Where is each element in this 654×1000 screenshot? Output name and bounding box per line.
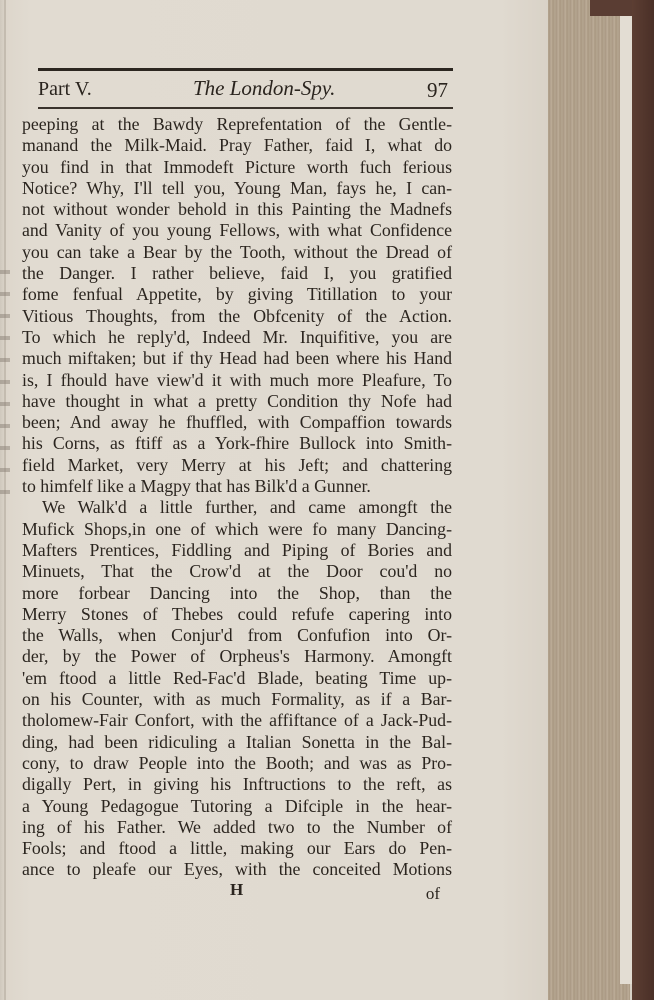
text-line: ding, had been ridiculing a Italian Sone…: [22, 732, 452, 753]
paragraph-start-line: We Walk'd a little further, and came amo…: [22, 497, 452, 518]
text-line: more forbear Dancing into the Shop, than…: [22, 583, 452, 604]
text-line: Mufick Shops,in one of which were fo man…: [22, 519, 452, 540]
part-label: Part V.: [38, 78, 92, 101]
text-line: field Market, very Merry at his Jeft; an…: [22, 455, 452, 476]
text-line: the Walls, when Conjur'd from Confufion …: [22, 625, 452, 646]
text-line: Fools; and ftood a little, making our Ea…: [22, 838, 452, 859]
text-line: been; And away he fhuffled, with Compaff…: [22, 412, 452, 433]
header-rule-bottom: [38, 107, 453, 109]
text-line: digally Pert, in giving his Inftructions…: [22, 774, 452, 795]
page-edges: [548, 0, 630, 1000]
catchword: of: [426, 884, 440, 904]
text-line: Merry Stones of Thebes could refufe cape…: [22, 604, 452, 625]
page-footer: H of: [22, 880, 452, 906]
text-line: is, I fhould have view'd it with much mo…: [22, 370, 452, 391]
book-page: Part V. The London-Spy. 97 peeping at th…: [0, 0, 548, 1000]
text-line: peeping at the Bawdy Reprefentation of t…: [22, 114, 452, 135]
text-line: you find in that Immodeft Picture worth …: [22, 157, 452, 178]
book-cover: [632, 0, 654, 1000]
text-line: not without wonder behold in this Painti…: [22, 199, 452, 220]
text-line: manand the Milk-Maid. Pray Father, faid …: [22, 135, 452, 156]
text-line: To which he reply'd, Indeed Mr. Inquifit…: [22, 327, 452, 348]
text-line: der, by the Power of Orpheus's Harmony. …: [22, 646, 452, 667]
text-line: a Young Pedagogue Tutoring a Difciple in…: [22, 796, 452, 817]
body-text: peeping at the Bawdy Reprefentation of t…: [22, 114, 452, 881]
text-line: 'em ftood a little Red-Fac'd Blade, beat…: [22, 668, 452, 689]
signature-mark: H: [230, 880, 243, 900]
running-header: Part V. The London-Spy. 97: [38, 68, 458, 108]
text-line: you can take a Bear by the Tooth, withou…: [22, 242, 452, 263]
text-line: much miftaken; but if thy Head had been …: [22, 348, 452, 369]
page-number: 97: [427, 78, 448, 103]
text-line: and Vanity of you young Fellows, with wh…: [22, 220, 452, 241]
text-line: Notice? Why, I'll tell you, Young Man, f…: [22, 178, 452, 199]
text-line: cony, to draw People into the Booth; and…: [22, 753, 452, 774]
text-line: Minuets, That the Crow'd at the Door cou…: [22, 561, 452, 582]
text-line: ing of his Father. We added two to the N…: [22, 817, 452, 838]
text-line: on his Counter, with as much Formality, …: [22, 689, 452, 710]
text-line: tholomew-Fair Confort, with the affiftan…: [22, 710, 452, 731]
text-line: the Danger. I rather believe, faid I, yo…: [22, 263, 452, 284]
text-line: ance to pleafe our Eyes, with the concei…: [22, 859, 452, 880]
text-line: his Corns, as ftiff as a York-fhire Bull…: [22, 433, 452, 454]
margin-show-through: [0, 260, 10, 510]
text-line: to himfelf like a Magpy that has Bilk'd …: [22, 476, 452, 497]
page-edge-highlight: [620, 14, 632, 984]
text-line: Mafters Prentices, Fiddling and Piping o…: [22, 540, 452, 561]
text-line: Vitious Thoughts, from the Obfcenity of …: [22, 306, 452, 327]
book-title: The London-Spy.: [193, 76, 335, 101]
text-line: have thought in what a pretty Condition …: [22, 391, 452, 412]
text-line: fome fenfual Appetite, by giving Titilla…: [22, 284, 452, 305]
header-rule-top: [38, 68, 453, 71]
